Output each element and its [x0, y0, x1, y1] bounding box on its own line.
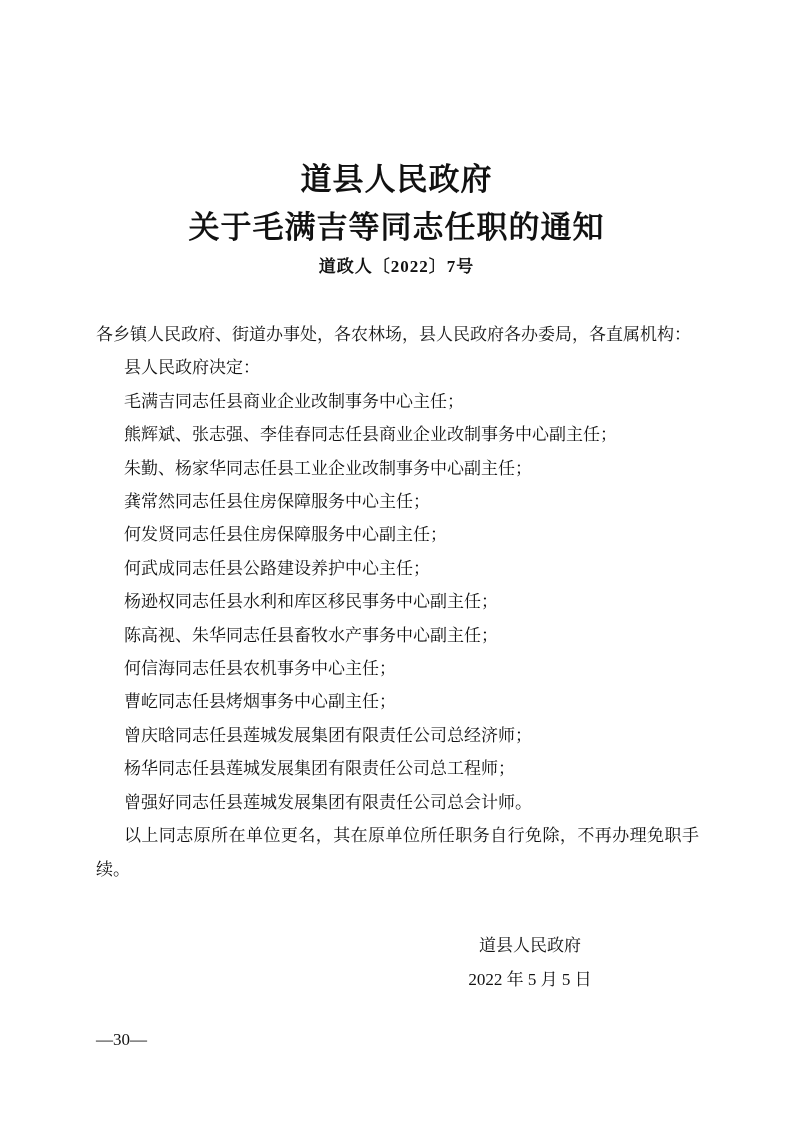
appointment-line: 曾庆晗同志任县莲城发展集团有限责任公司总经济师； [96, 719, 699, 752]
page-number: —30— [96, 1030, 147, 1050]
signature-date: 2022 年 5 月 5 日 [420, 963, 640, 997]
document-number: 道政人〔2022〕7号 [0, 254, 793, 280]
document-title: 道县人民政府 关于毛满吉等同志任职的通知 [0, 156, 793, 252]
appointment-line: 杨华同志任县莲城发展集团有限责任公司总工程师； [96, 752, 699, 785]
appointment-line: 龚常然同志任县住房保障服务中心主任； [96, 485, 699, 518]
title-line-2: 关于毛满吉等同志任职的通知 [0, 204, 793, 252]
appointment-line: 何信海同志任县农机事务中心主任； [96, 652, 699, 685]
appointment-line: 熊辉斌、张志强、李佳春同志任县商业企业改制事务中心副主任； [96, 418, 699, 451]
document-body: 各乡镇人民政府、街道办事处，各农林场，县人民政府各办委局，各直属机构： 县人民政… [96, 318, 699, 886]
decision-intro: 县人民政府决定： [96, 351, 699, 384]
appointment-line: 陈高视、朱华同志任县畜牧水产事务中心副主任； [96, 619, 699, 652]
appointment-line: 何发贤同志任县住房保障服务中心副主任； [96, 518, 699, 551]
salutation: 各乡镇人民政府、街道办事处，各农林场，县人民政府各办委局，各直属机构： [96, 318, 699, 351]
signature-block: 道县人民政府 2022 年 5 月 5 日 [420, 929, 640, 997]
appointment-line: 曹屹同志任县烤烟事务中心副主任； [96, 685, 699, 718]
appointment-line: 何武成同志任县公路建设养护中心主任； [96, 552, 699, 585]
appointment-line: 杨逊权同志任县水利和库区移民事务中心副主任； [96, 585, 699, 618]
title-line-1: 道县人民政府 [0, 156, 793, 204]
closing-statement: 以上同志原所在单位更名，其在原单位所任职务自行免除，不再办理免职手续。 [96, 819, 699, 886]
signer-name: 道县人民政府 [420, 929, 640, 963]
appointment-line: 朱勤、杨家华同志任县工业企业改制事务中心副主任； [96, 452, 699, 485]
appointment-line: 毛满吉同志任县商业企业改制事务中心主任； [96, 385, 699, 418]
document-page: 道县人民政府 关于毛满吉等同志任职的通知 道政人〔2022〕7号 各乡镇人民政府… [0, 0, 793, 1122]
appointment-line: 曾强好同志任县莲城发展集团有限责任公司总会计师。 [96, 786, 699, 819]
